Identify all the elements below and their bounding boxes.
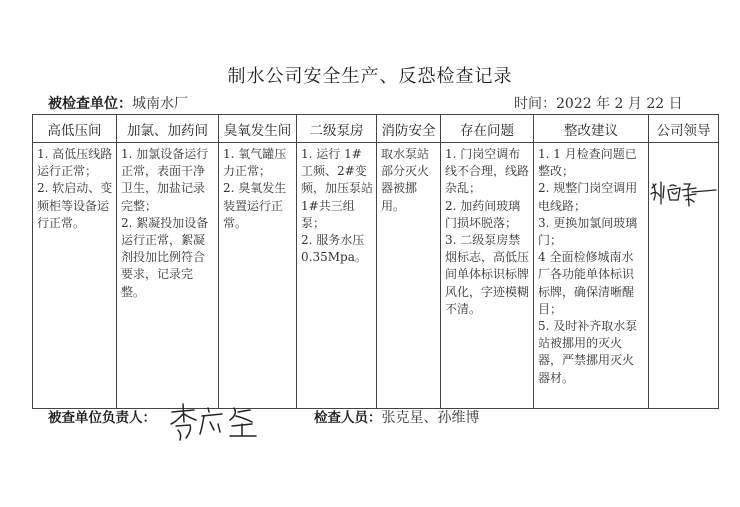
inspectors-value: 张克星、孙维博 (382, 410, 480, 426)
cell-existing-issues: 1. 门岗空调布线不合理，线路杂乱； 2. 加药间玻璃门损坏脱落； 3. 二级泵… (441, 143, 534, 409)
responsible-label: 被查单位负责人： (48, 410, 156, 426)
cell-line: 3. 更换加氯间玻璃门； (538, 215, 645, 249)
header-fire-safety: 消防安全 (377, 115, 441, 143)
cell-line: 2. 规整门岗空调用电线路； (538, 180, 645, 214)
date-value: 2022 年 2 月 22 日 (556, 96, 683, 112)
cell-line: 1. 运行 1#工频、2#变频，加压泵站 1#共三组泵； (301, 146, 373, 232)
responsible-signature (168, 400, 263, 442)
cell-line: 2. 加药间玻璃门损坏脱落； (445, 198, 530, 232)
cell-ozone-room: 1. 氧气罐压力正常； 2. 臭氧发生装置运行正常。 (219, 143, 297, 409)
inspectors: 检查人员：张克星、孙维博 (314, 406, 480, 427)
cell-line: 2. 臭氧发生装置运行正常。 (223, 180, 293, 232)
cell-line: 4 全面检修城南水厂各功能单体标识标牌，确保清晰醒目； (538, 249, 645, 318)
table-row: 1. 高低压线路运行正常； 2. 软启动、变频柜等设备运行正常。 1. 加氯设备… (33, 143, 719, 409)
inspection-table: 高低压间 加氯、加药间 臭氧发生间 二级泵房 消防安全 存在问题 整改建议 公司… (32, 114, 719, 409)
table-header-row: 高低压间 加氯、加药间 臭氧发生间 二级泵房 消防安全 存在问题 整改建议 公司… (33, 115, 719, 143)
cell-secondary-pump-room: 1. 运行 1#工频、2#变频，加压泵站 1#共三组泵； 2. 服务水压 0.3… (297, 143, 377, 409)
cell-line: 1. 氧气罐压力正常； (223, 146, 293, 180)
cell-line: 1. 1 月检查问题已整改； (538, 146, 645, 180)
responsible-person: 被查单位负责人： (48, 406, 156, 426)
cell-fire-safety: 取水泵站部分灭火器被挪用。 (377, 143, 441, 409)
date-label: 时间： (514, 96, 556, 112)
header-company-leader: 公司领导 (649, 115, 719, 143)
inspectors-label: 检查人员： (314, 410, 382, 426)
cell-line: 5. 及时补齐取水泵站被挪用的灭火器，严禁挪用灭火器材。 (538, 318, 645, 387)
cell-line: 取水泵站部分灭火器被挪用。 (381, 146, 437, 215)
cell-line: 2. 软启动、变频柜等设备运行正常。 (37, 180, 113, 232)
cell-line: 1. 门岗空调布线不合理，线路杂乱； (445, 146, 530, 198)
cell-line: 2. 絮凝投加设备运行正常，絮凝剂投加比例符合要求，记录完整。 (121, 215, 215, 301)
cell-line: 3. 二级泵房禁烟标志，高低压间单体标识标牌风化，字迹模糊不清。 (445, 232, 530, 318)
cell-chlorine-dosing-room: 1. 加氯设备运行正常，表面干净卫生，加盐记录完整； 2. 絮凝投加设备运行正常… (117, 143, 219, 409)
header-ozone-room: 臭氧发生间 (219, 115, 297, 143)
header-secondary-pump-room: 二级泵房 (297, 115, 377, 143)
header-existing-issues: 存在问题 (441, 115, 534, 143)
cell-hv-lv-room: 1. 高低压线路运行正常； 2. 软启动、变频柜等设备运行正常。 (33, 143, 117, 409)
cell-line: 1. 高低压线路运行正常； (37, 146, 113, 180)
cell-line: 2. 服务水压 0.35Mpa。 (301, 232, 373, 266)
header-hv-lv-room: 高低压间 (33, 115, 117, 143)
leader-signature (648, 170, 718, 210)
header-chlorine-dosing-room: 加氯、加药间 (117, 115, 219, 143)
inspected-unit-label: 被检查单位： (48, 96, 132, 112)
document-title: 制水公司安全生产、反恐检查记录 (0, 62, 740, 88)
inspected-unit: 被检查单位：城南水厂 (48, 93, 188, 113)
cell-line: 1. 加氯设备运行正常，表面干净卫生，加盐记录完整； (121, 146, 215, 215)
inspected-unit-value: 城南水厂 (132, 96, 188, 112)
header-rectification: 整改建议 (534, 115, 649, 143)
cell-rectification: 1. 1 月检查问题已整改； 2. 规整门岗空调用电线路； 3. 更换加氯间玻璃… (534, 143, 649, 409)
inspection-date: 时间：2022 年 2 月 22 日 (514, 93, 683, 113)
